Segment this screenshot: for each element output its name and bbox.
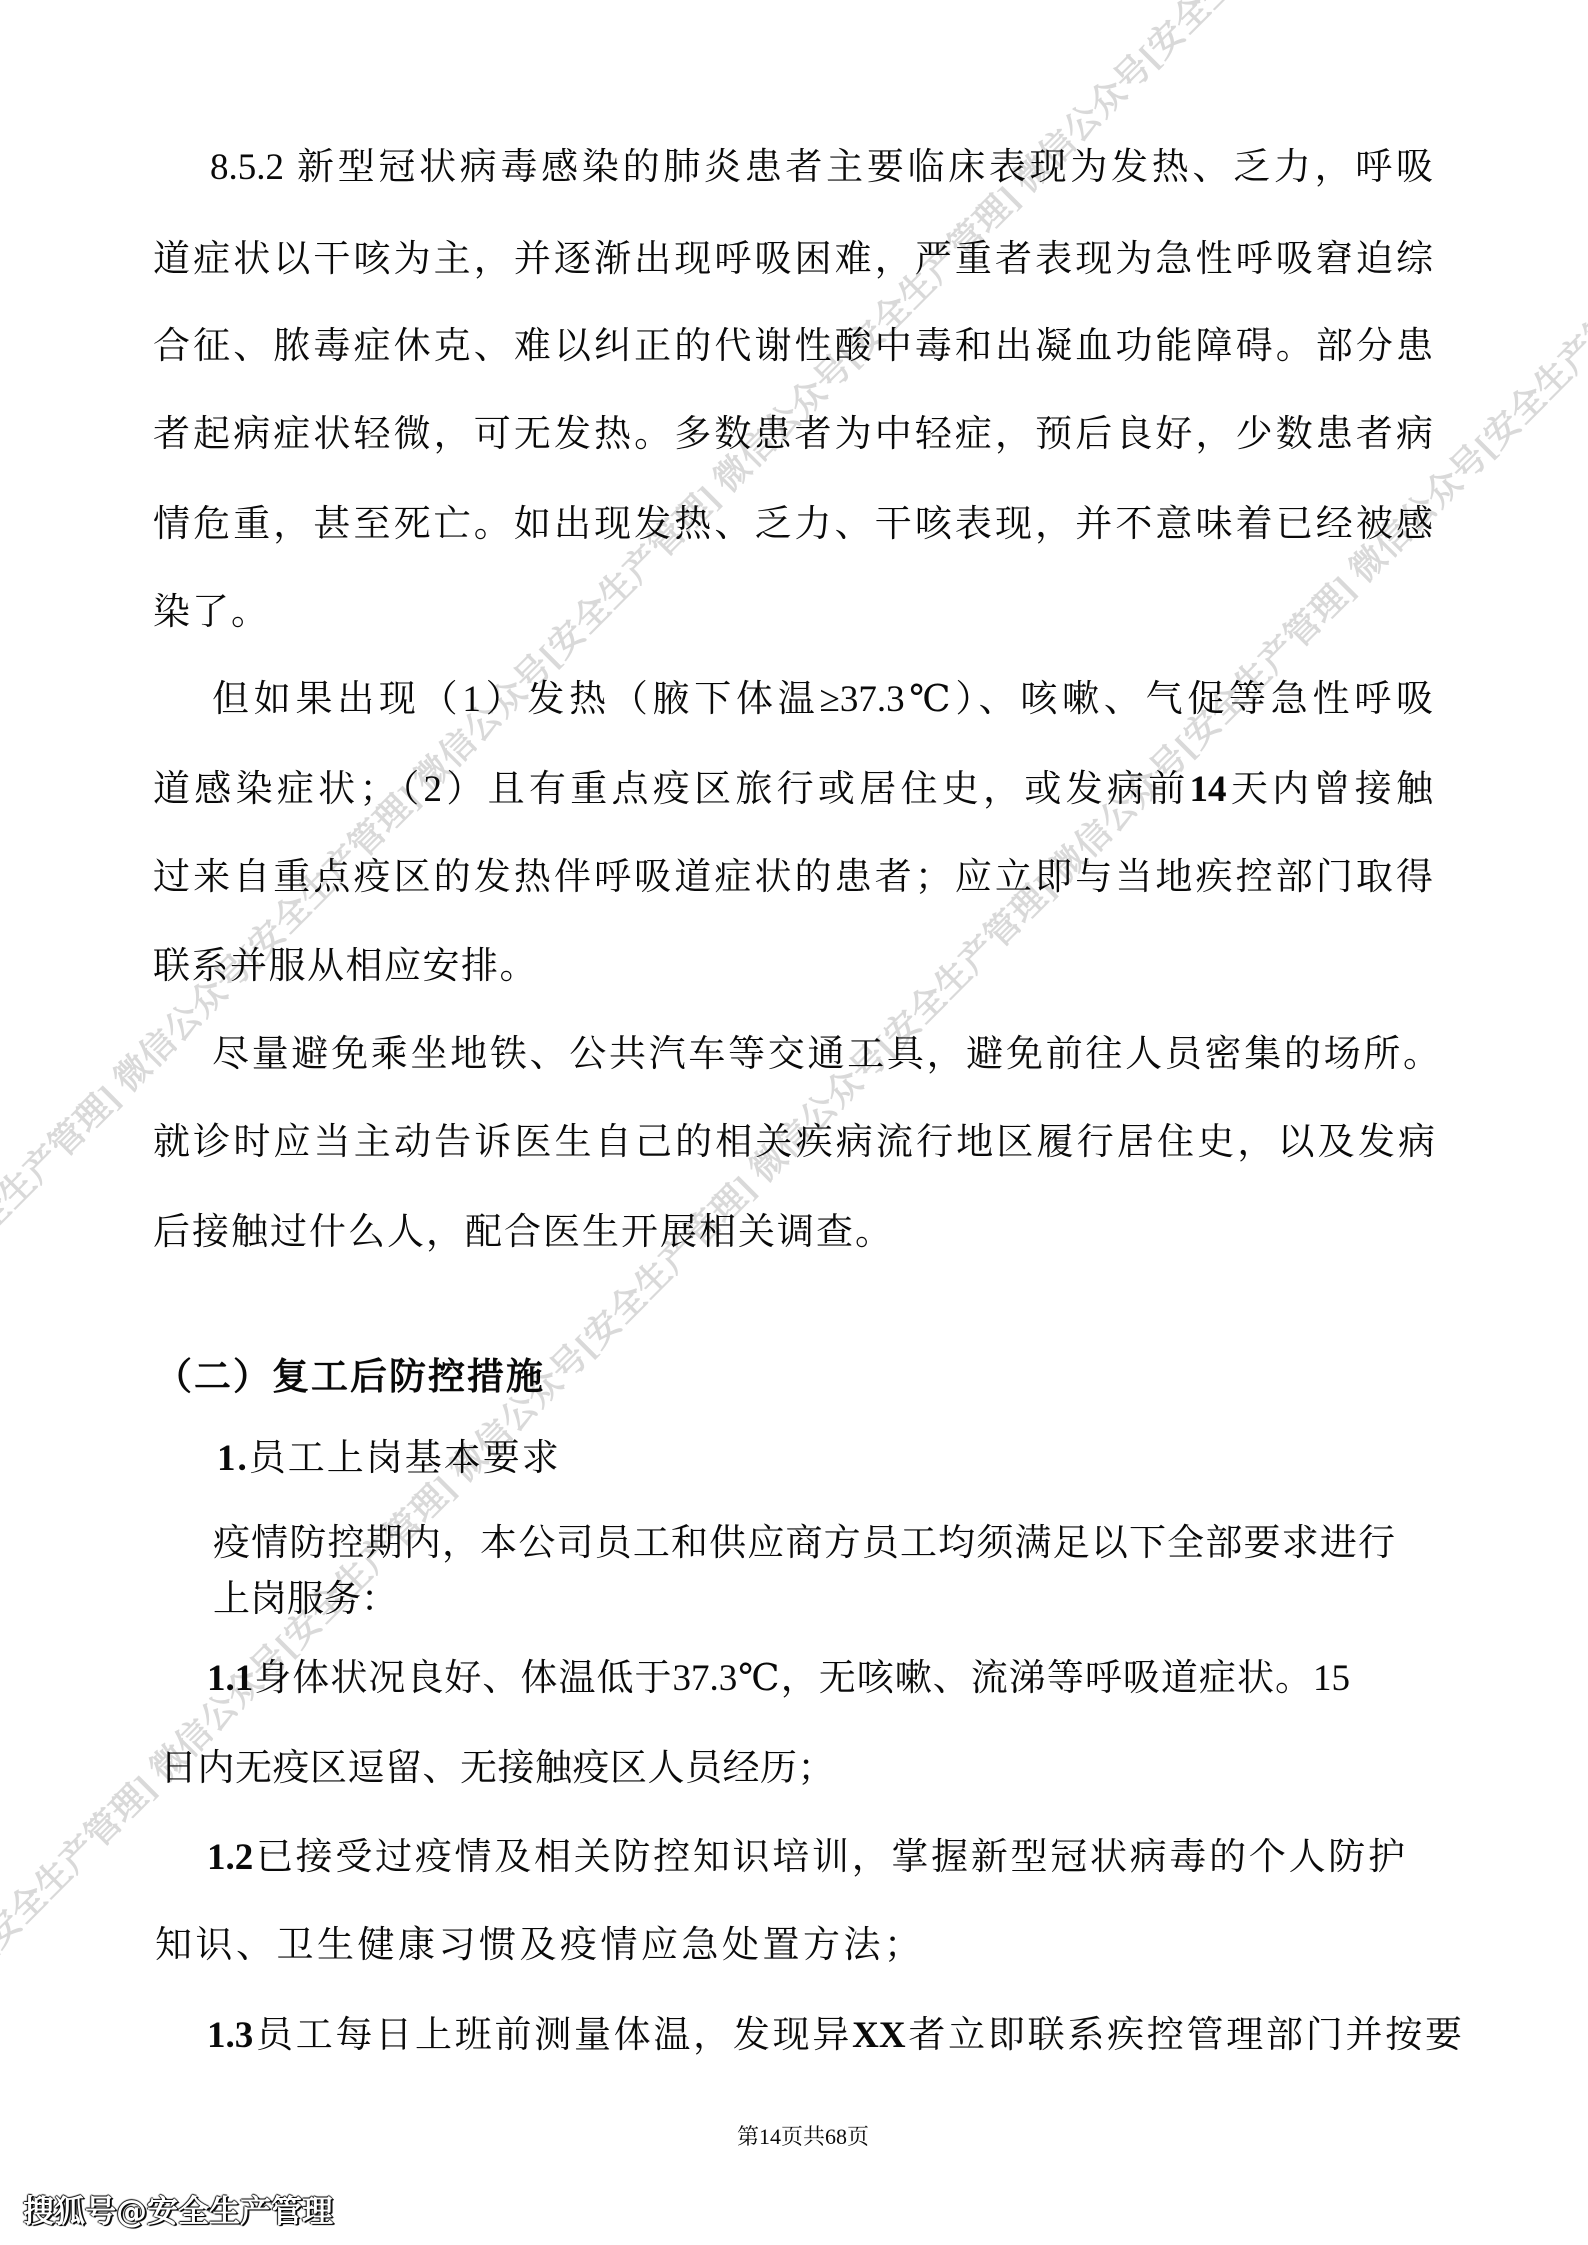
- intro-line: 上岗服务：: [213, 1576, 398, 1624]
- days-number: 14: [1190, 769, 1227, 810]
- paragraph-line: 后接触过什么人，配合医生开展相关调查。: [153, 1209, 894, 1257]
- paragraph-line: 尽量避免乘坐地铁、公共汽车等交通工具，避免前往人员密集的场所。: [212, 1031, 1440, 1079]
- item-text: 身体状况良好、体温低于37.3℃，无咳嗽、流涕等呼吸道症状。15: [253, 1658, 1350, 1699]
- paragraph-line: 道症状以干咳为主，并逐渐出现呼吸困难，严重者表现为急性呼吸窘迫综: [153, 236, 1433, 284]
- requirement-item-1-1: 1.1身体状况良好、体温低于37.3℃，无咳嗽、流涕等呼吸道症状。15: [207, 1655, 1350, 1703]
- line-segment: 道感染症状；（2）且有重点疫区旅行或居住史，或发病前: [153, 769, 1190, 810]
- item-number: 1.3: [207, 2015, 253, 2056]
- paragraph-line: 就诊时应当主动告诉医生自己的相关疾病流行地区履行居住史，以及发病: [153, 1119, 1435, 1167]
- subsection-heading: 1.员工上岗基本要求: [217, 1435, 561, 1483]
- item-number: 1.1: [207, 1658, 253, 1699]
- subsection-title: 员工上岗基本要求: [249, 1438, 561, 1479]
- requirement-item-1-2: 1.2已接受过疫情及相关防控知识培训，掌握新型冠状病毒的个人防护: [207, 1834, 1405, 1882]
- paragraph-line: 者起病症状轻微，可无发热。多数患者为中轻症，预后良好，少数患者病: [153, 411, 1433, 459]
- page-number-footer: 第14页共68页: [703, 2123, 903, 2151]
- requirement-item-1-3: 1.3员工每日上班前测量体温，发现异XX者立即联系疾控管理部门并按要: [207, 2012, 1462, 2060]
- paragraph-line: 道感染症状；（2）且有重点疫区旅行或居住史，或发病前14天内曾接触: [153, 766, 1433, 814]
- section-heading: （二）复工后防控措施: [155, 1354, 545, 1402]
- item-text: 员工每日上班前测量体温，发现异: [253, 2015, 852, 2056]
- subsection-number: 1.: [217, 1438, 249, 1479]
- source-watermark-badge: 搜狐号@安全生产管理: [23, 2192, 333, 2232]
- paragraph-line: 8.5.2 新型冠状病毒感染的肺炎患者主要临床表现为发热、乏力，呼吸: [210, 144, 1433, 192]
- item-text: 者立即联系疾控管理部门并按要: [906, 2015, 1462, 2056]
- paragraph-line: 合征、脓毒症休克、难以纠正的代谢性酸中毒和出凝血功能障碍。部分患: [153, 323, 1433, 371]
- line-segment: 天内曾接触: [1227, 769, 1433, 810]
- item-number: 1.2: [207, 1837, 253, 1878]
- paragraph-line: 情危重，甚至死亡。如出现发热、乏力、干咳表现，并不意味着已经被感: [153, 501, 1433, 549]
- paragraph-line: 过来自重点疫区的发热伴呼吸道症状的患者；应立即与当地疾控部门取得: [153, 854, 1433, 902]
- item-text: 已接受过疫情及相关防控知识培训，掌握新型冠状病毒的个人防护: [253, 1837, 1405, 1878]
- item-continuation: 日内无疫区逗留、无接触疫区人员经历；: [160, 1745, 835, 1793]
- redacted-text: XX: [852, 2015, 905, 2056]
- paragraph-line: 染了。: [153, 589, 270, 637]
- item-continuation: 知识、卫生健康习惯及疫情应急处置方法；: [155, 1922, 925, 1970]
- document-page: 微信公众号[安全生产管理] 微信公众号[安全生产管理] 微信公众号[安全生产管理…: [0, 0, 1588, 2245]
- paragraph-line: 联系并服从相应安排。: [153, 943, 538, 991]
- intro-line: 疫情防控期内，本公司员工和供应商方员工均须满足以下全部要求进行: [213, 1520, 1395, 1568]
- paragraph-line: 但如果出现（1）发热（腋下体温≥37.3℃）、咳嗽、气促等急性呼吸: [212, 676, 1433, 724]
